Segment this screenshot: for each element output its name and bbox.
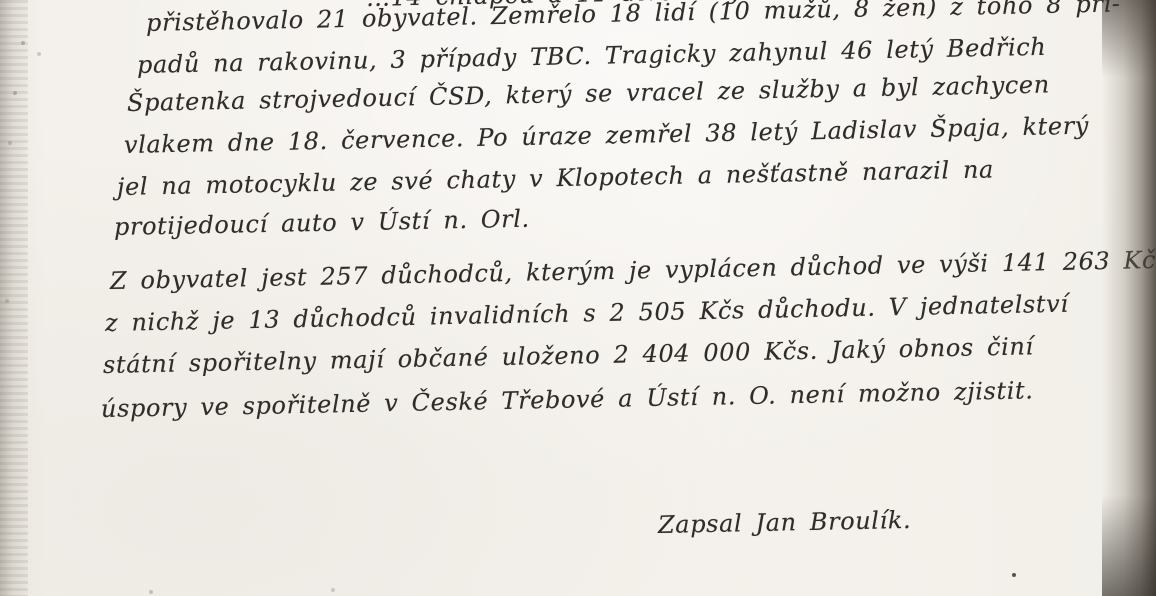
- handwritten-line: státní spořitelny mají občané uloženo 2 …: [103, 331, 1034, 380]
- handwritten-line: úspory ve spořitelně v České Třebové a Ú…: [101, 375, 1034, 424]
- handwritten-line: protijedoucí auto v Ústí n. Orl.: [114, 204, 530, 242]
- paper-specks: [0, 0, 2, 2]
- signature-line: Zapsal Jan Broulík.: [658, 505, 912, 540]
- handwritten-line: Z obyvatel jest 257 důchodců, kterým je …: [110, 245, 1156, 296]
- scan-left-edge: [0, 0, 28, 596]
- handwritten-line: vlakem dne 18. července. Po úraze zemřel…: [124, 111, 1090, 160]
- handwritten-line: jel na motocyklu ze své chaty v Klopotec…: [117, 154, 994, 202]
- scan-right-shadow: [1102, 0, 1156, 596]
- scanned-page: …14 chlapců a 11 dívek. Vystěhovalo se 3…: [0, 0, 1156, 596]
- handwritten-line: z nichž je 13 důchodců invalidních s 2 5…: [105, 289, 1069, 338]
